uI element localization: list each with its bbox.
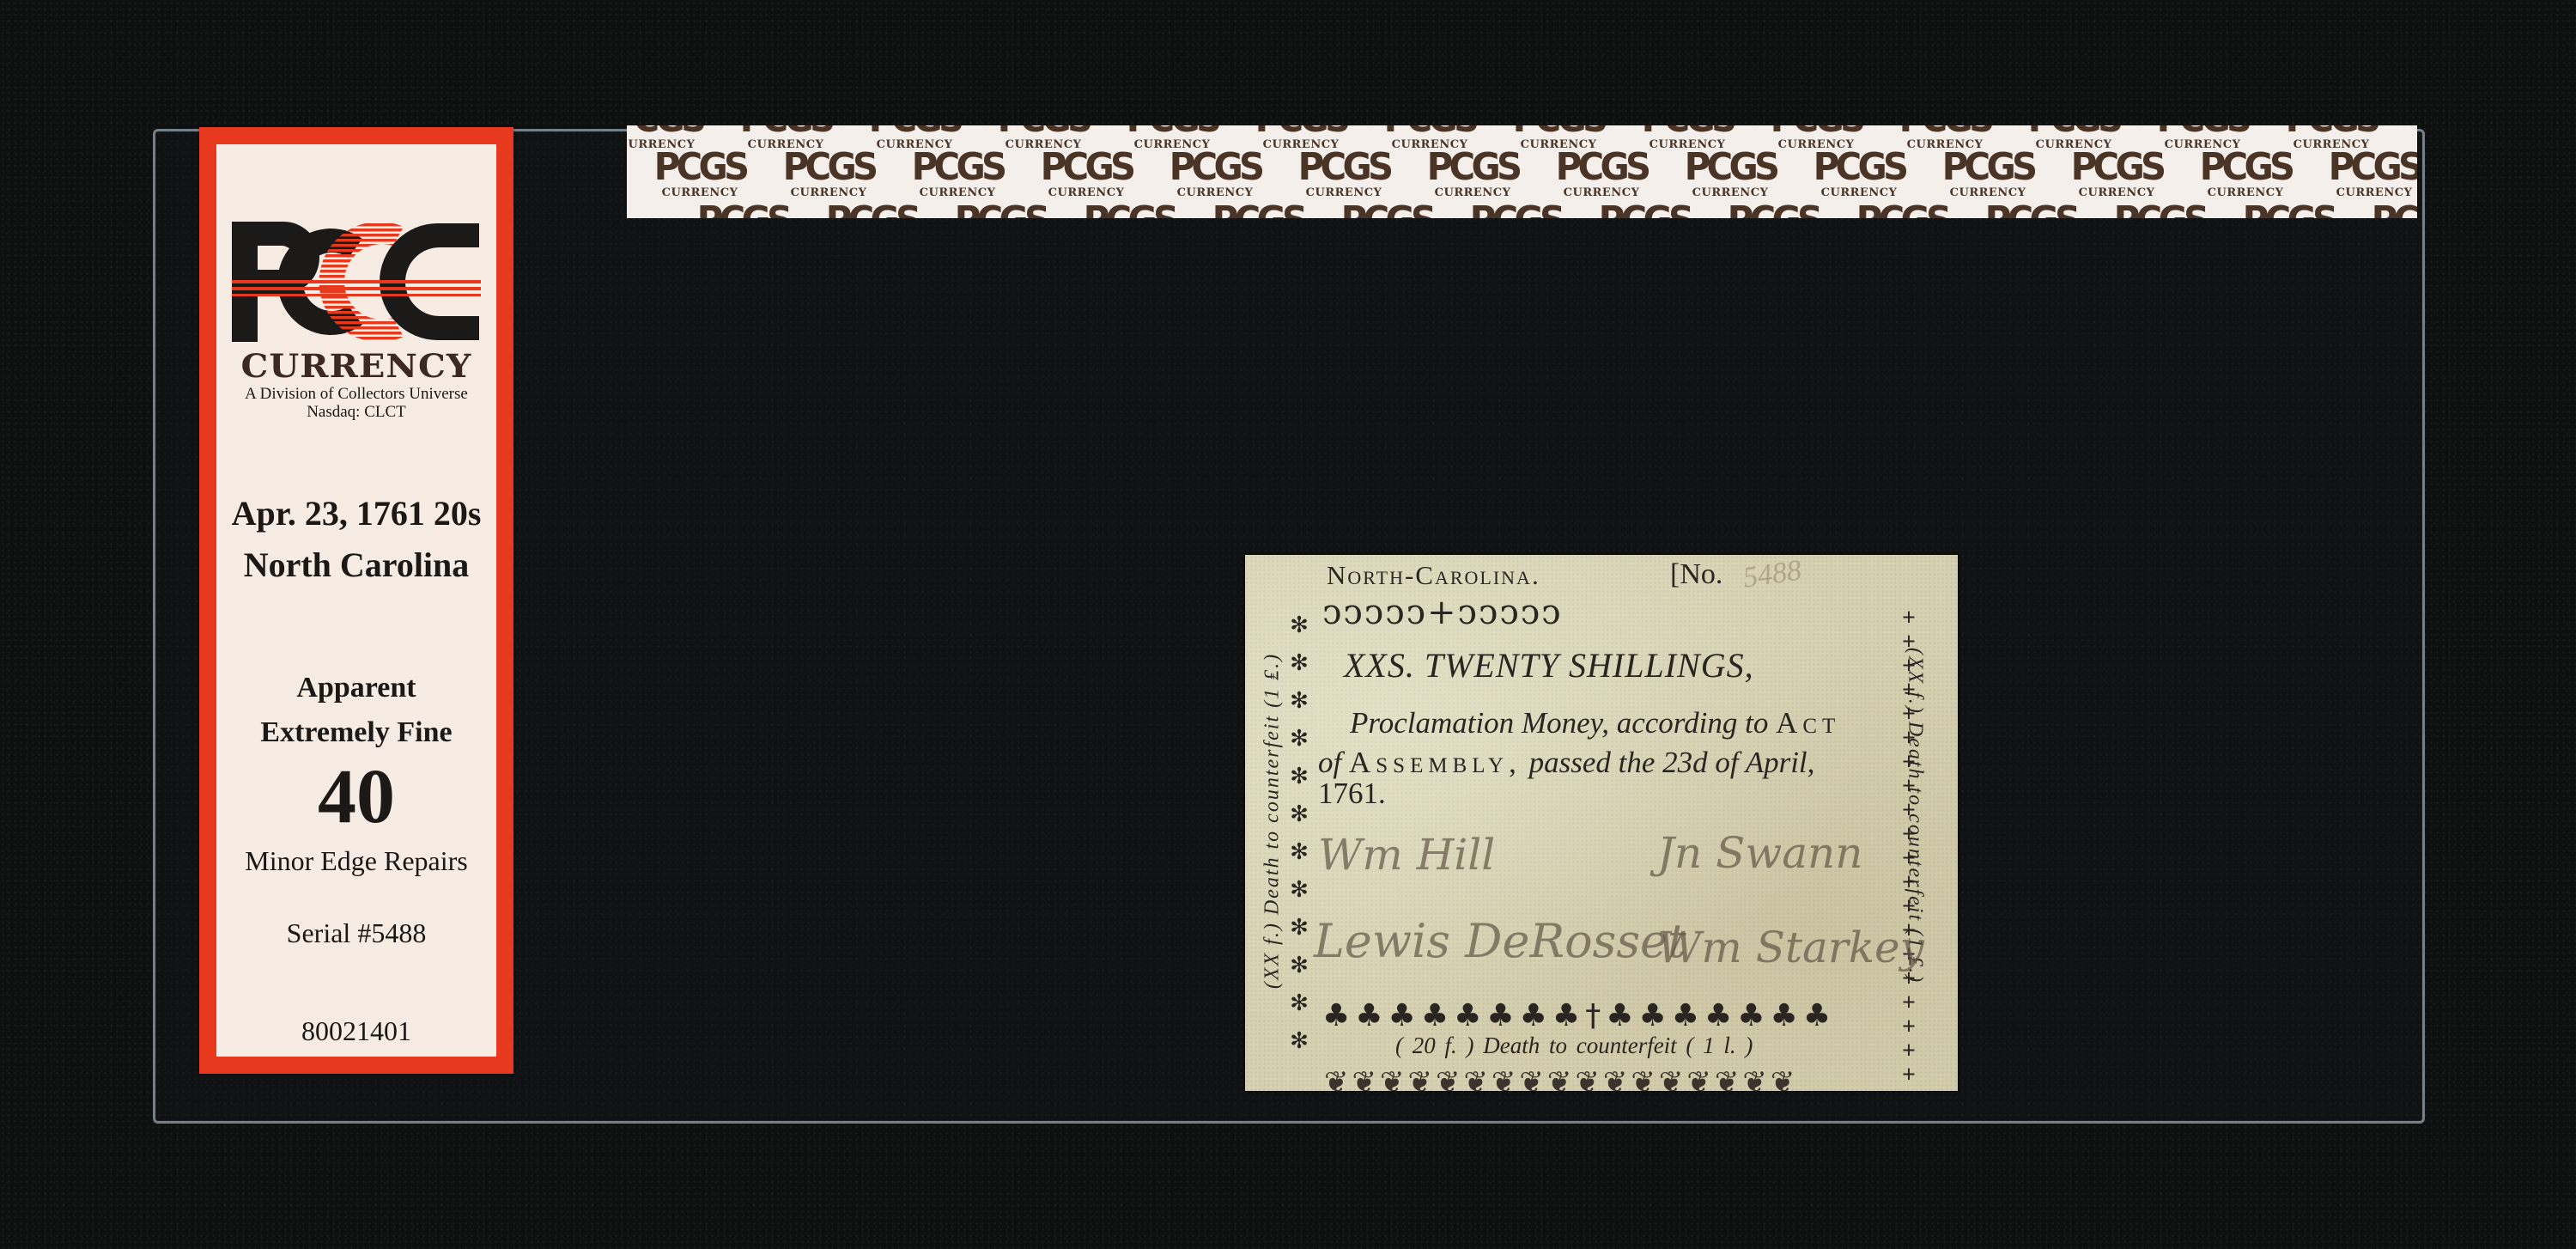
watermark-pcgs: PCGS (896, 148, 1019, 187)
watermark-pcgs: PCGS (2399, 125, 2417, 139)
watermark-pcgs: PCGS (1798, 148, 1921, 187)
floral-ornament-row: ♣♣♣♣♣♣♣♣†♣♣♣♣♣♣♣ (1322, 998, 1836, 1033)
pcgs-watermark-icon: PCGSCURRENCY (1322, 201, 1451, 218)
pcgs-watermark-icon: PCGSCURRENCY (1279, 148, 1408, 199)
signature: Wm Starkey (1657, 923, 1924, 972)
cert-number: 80021401 (216, 1015, 496, 1047)
pcgs-watermark-icon: PCGSCURRENCY (1065, 201, 1194, 218)
pcgs-watermark-icon: PCGSCURRENCY (1537, 148, 1666, 199)
watermark-pcgs: PCGS (1240, 125, 1363, 139)
watermark-pcgs: PCGS (2056, 148, 2178, 187)
pcgs-logo-icon (232, 213, 481, 346)
colonial-banknote: North-Carolina. [No. 5488 ↄↄↄↄↄ+ↄↄↄↄↄ ✻ … (1245, 555, 1958, 1091)
pcgs-watermark-icon: PCGSCURRENCY (1666, 148, 1795, 199)
watermark-currency: CURRENCY (1022, 187, 1151, 199)
watermark-pcgs: PCGS (854, 125, 976, 139)
division-text: A Division of Collectors Universe (216, 385, 496, 403)
handwritten-serial: 5488 (1741, 555, 1804, 595)
grade-comment: Minor Edge Repairs (216, 845, 496, 877)
watermark-pcgs: PCGS (939, 201, 1062, 218)
pcgs-watermark-icon: PCGSCURRENCY (2353, 201, 2417, 218)
watermark-pcgs: PCGS (1197, 201, 1320, 218)
text: passed the 23d of April, (1529, 746, 1815, 779)
watermark-pcgs: PCGS (2099, 201, 2221, 218)
signature: Lewis DeRosset (1314, 914, 1686, 968)
watermark-currency: CURRENCY (1795, 187, 1923, 199)
pcgs-watermark-icon: PCGSCURRENCY (1580, 201, 1709, 218)
watermark-pcgs: PCGS (1369, 125, 1492, 139)
grade-qualifier: Apparent (216, 672, 496, 704)
grade-number: 40 (216, 756, 496, 838)
note-header: North-Carolina. (1327, 560, 1540, 591)
watermark-currency: CURRENCY (1537, 187, 1666, 199)
text: of (1318, 746, 1341, 779)
watermark-pcgs: PCGS (1498, 125, 1620, 139)
watermark-pcgs: PCGS (2270, 125, 2393, 139)
note-state: North Carolina (216, 546, 496, 584)
pcgs-watermark-icon: PCGSCURRENCY (807, 201, 936, 218)
watermark-pcgs: PCGS (2356, 201, 2417, 218)
security-strip: PCGSCURRENCYPCGSCURRENCYPCGSCURRENCYPCGS… (627, 125, 2417, 218)
watermark-pcgs: PCGS (982, 125, 1105, 139)
watermark-pcgs: PCGS (1326, 201, 1449, 218)
pcgs-watermark-icon: PCGSCURRENCY (2052, 148, 2181, 199)
watermark-currency: CURRENCY (1279, 187, 1408, 199)
watermark-pcgs: PCGS (1626, 125, 1749, 139)
pcgs-watermark-icon: PCGSCURRENCY (678, 201, 807, 218)
watermark-pcgs: PCGS (1669, 148, 1792, 187)
watermark-pcgs: PCGS (1025, 148, 1148, 187)
watermark-currency: CURRENCY (635, 187, 764, 199)
pcgs-watermark-icon: PCGSCURRENCY (2310, 148, 2417, 199)
note-text-line-1: Proclamation Money, according to Act (1350, 706, 1840, 740)
note-text-line-2: of Assembly, passed the 23d of April, (1318, 746, 1814, 780)
watermark-pcgs: PCGS (639, 148, 762, 187)
watermark-pcgs: PCGS (682, 201, 805, 218)
watermark-pcgs: PCGS (1068, 201, 1191, 218)
watermark-pcgs: PCGS (2013, 125, 2136, 139)
pcgs-watermark-icon: PCGSCURRENCY (1408, 148, 1537, 199)
watermark-pcgs: PCGS (1154, 148, 1277, 187)
pcgs-watermark-icon: PCGSCURRENCY (1966, 201, 2095, 218)
watermark-currency: CURRENCY (893, 187, 1022, 199)
watermark-pcgs: PCGS (1841, 201, 1964, 218)
pcgs-watermark-icon: PCGSCURRENCY (764, 148, 893, 199)
pcgs-watermark-icon: PCGSCURRENCY (1022, 148, 1151, 199)
strip-row: PCGSCURRENCYPCGSCURRENCYPCGSCURRENCYPCGS… (635, 148, 2417, 199)
watermark-pcgs: PCGS (2227, 201, 2350, 218)
pcgs-watermark-icon: PCGSCURRENCY (2095, 201, 2224, 218)
watermark-currency: CURRENCY (2181, 187, 2310, 199)
watermark-pcgs: PCGS (1283, 148, 1406, 187)
note-date-denomination: Apr. 23, 1761 20s (216, 495, 496, 533)
watermark-pcgs: PCGS (627, 125, 718, 139)
note-denomination: XXS. TWENTY SHILLINGS, (1344, 645, 1754, 685)
nasdaq-text: Nasdaq: CLCT (216, 403, 496, 421)
pcgs-watermark-icon: PCGSCURRENCY (635, 148, 764, 199)
watermark-pcgs: PCGS (1712, 201, 1835, 218)
pcgs-watermark-icon: PCGSCURRENCY (1451, 201, 1580, 218)
star-border-left: ✻ ✻ ✻ ✻ ✻ ✻ ✻ ✻ ✻ ✻ ✻ ✻ (1286, 606, 1312, 1060)
scroll-ornament-row: ↄↄↄↄↄ+ↄↄↄↄↄ (1322, 593, 1563, 632)
pcgs-watermark-icon: PCGSCURRENCY (1795, 148, 1923, 199)
watermark-pcgs: PCGS (768, 148, 890, 187)
watermark-currency: CURRENCY (1151, 187, 1279, 199)
pcgs-watermark-icon: PCGSCURRENCY (1838, 201, 1966, 218)
bottom-ornament-row: ❦❦❦❦❦❦❦❦❦❦❦❦❦❦❦❦❦ (1324, 1065, 1798, 1091)
strip-row: PCGSCURRENCYPCGSCURRENCYPCGSCURRENCYPCGS… (678, 201, 2417, 218)
left-border-text: (XX f.) Death to counterfeit (1 ₤.) (1261, 641, 1285, 1002)
grade-description: Extremely Fine (216, 716, 496, 749)
watermark-pcgs: PCGS (2142, 125, 2264, 139)
watermark-currency: CURRENCY (1666, 187, 1795, 199)
note-text-line-3: 1761. (1318, 777, 1386, 811)
watermark-pcgs: PCGS (1111, 125, 1234, 139)
trademark: TM (453, 328, 465, 338)
note-number-label: [No. (1670, 558, 1722, 591)
watermark-pcgs: PCGS (1412, 148, 1534, 187)
pcgs-watermark-icon: PCGSCURRENCY (1923, 148, 2052, 199)
text: Proclamation Money, according to (1350, 706, 1768, 740)
watermark-currency: CURRENCY (2310, 187, 2417, 199)
text-caps: Act (1776, 706, 1840, 740)
serial-number: Serial #5488 (216, 917, 496, 949)
pcgs-watermark-icon: PCGSCURRENCY (1151, 148, 1279, 199)
watermark-pcgs: PCGS (1755, 125, 1878, 139)
grading-label: TM CURRENCY A Division of Collectors Uni… (199, 127, 513, 1074)
pcgs-watermark-icon: PCGSCURRENCY (893, 148, 1022, 199)
bottom-warning-text: ( 20 f. ) Death to counterfeit ( 1 l. ) (1395, 1033, 1753, 1059)
pcgs-watermark-icon: PCGSCURRENCY (936, 201, 1065, 218)
logo-currency-word: CURRENCY (205, 347, 507, 385)
watermark-pcgs: PCGS (1884, 125, 2007, 139)
watermark-pcgs: PCGS (1540, 148, 1663, 187)
text-caps: Assembly, (1349, 746, 1522, 779)
pcgs-watermark-icon: PCGSCURRENCY (2224, 201, 2353, 218)
watermark-pcgs: PCGS (1970, 201, 2093, 218)
pcgs-watermark-icon: PCGSCURRENCY (2181, 148, 2310, 199)
watermark-pcgs: PCGS (2184, 148, 2307, 187)
watermark-pcgs: PCGS (1455, 201, 1577, 218)
watermark-pcgs: PCGS (1927, 148, 2050, 187)
pcgs-watermark-icon: PCGSCURRENCY (1709, 201, 1838, 218)
label-paper: TM CURRENCY A Division of Collectors Uni… (216, 144, 496, 1057)
watermark-currency: CURRENCY (1923, 187, 2052, 199)
pcgs-watermark-icon: PCGSCURRENCY (1194, 201, 1322, 218)
watermark-pcgs: PCGS (725, 125, 848, 139)
watermark-pcgs: PCGS (2313, 148, 2417, 187)
watermark-currency: CURRENCY (2052, 187, 2181, 199)
watermark-pcgs: PCGS (1583, 201, 1706, 218)
signature: Wm Hill (1318, 830, 1495, 880)
watermark-pcgs: PCGS (811, 201, 933, 218)
watermark-currency: CURRENCY (1408, 187, 1537, 199)
signature: Jn Swann (1657, 828, 1862, 878)
watermark-currency: CURRENCY (764, 187, 893, 199)
